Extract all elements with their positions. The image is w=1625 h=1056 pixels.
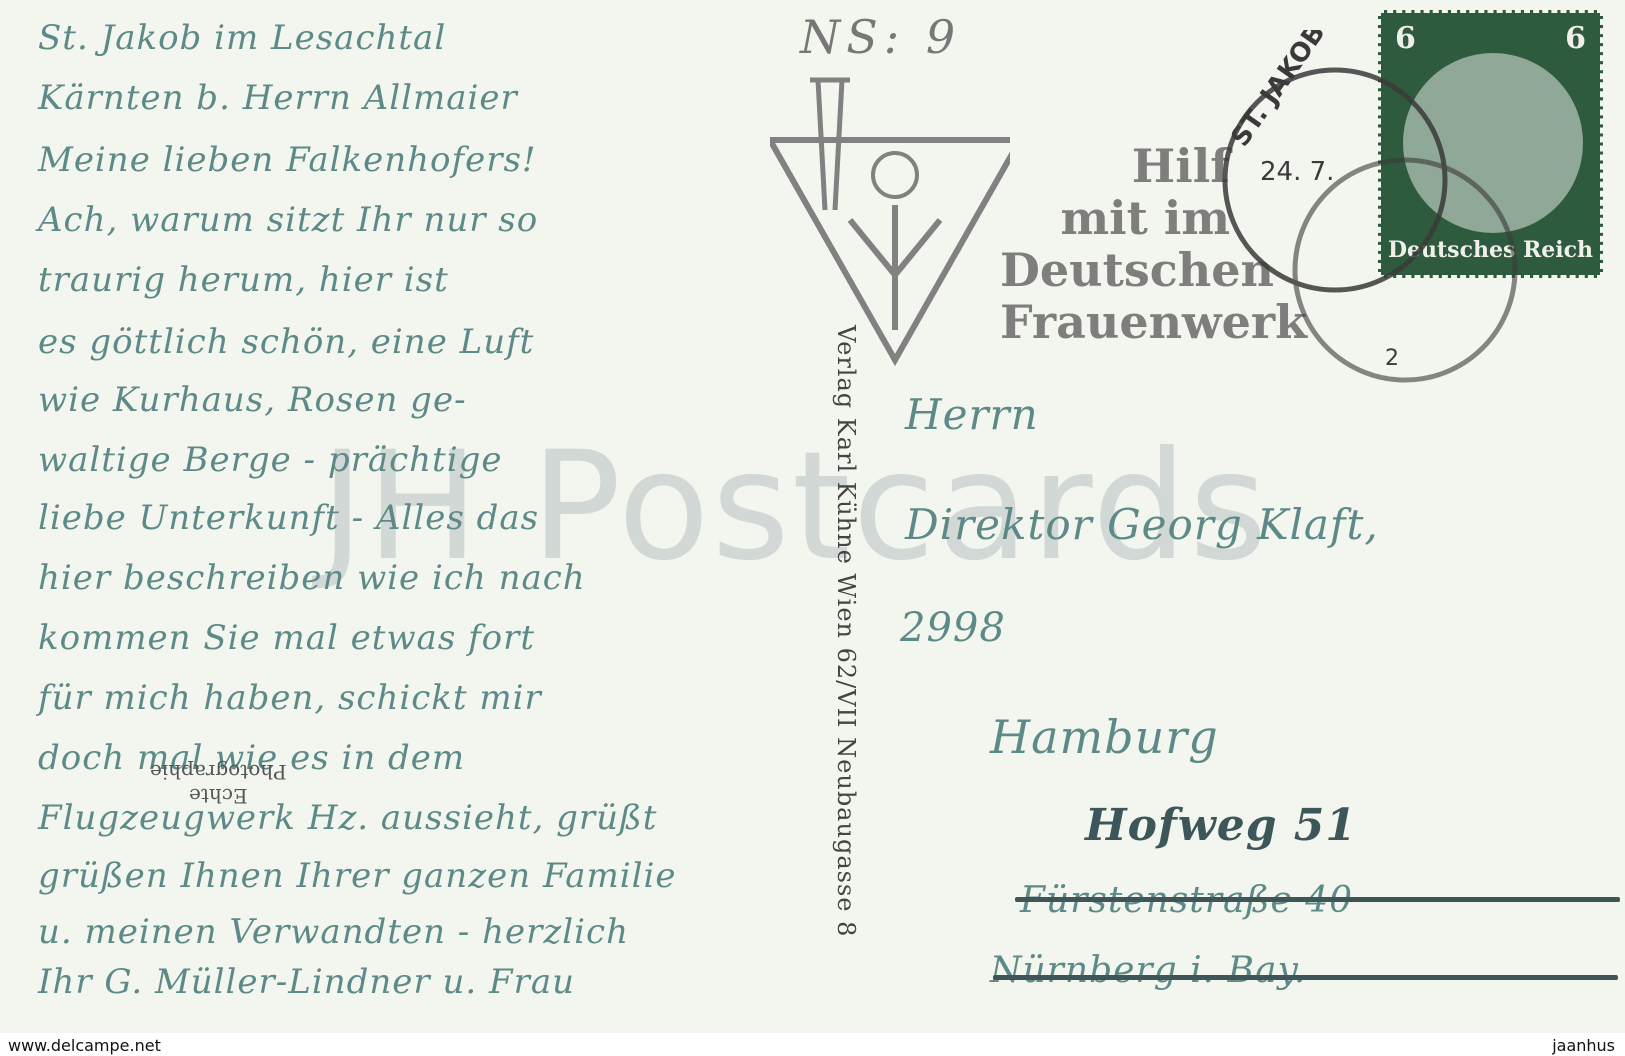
message-line: Ihr G. Müller-Lindner u. Frau	[38, 962, 575, 1002]
footer-source: www.delcampe.net	[8, 1036, 161, 1055]
address-city-old: Nürnberg i. Bay.	[990, 950, 1306, 991]
message-line: kommen Sie mal etwas fort	[38, 618, 535, 658]
address-street-new: Hofweg 51	[1085, 800, 1357, 851]
message-line: es göttlich schön, eine Luft	[38, 322, 534, 362]
message-line: Flugzeugwerk Hz. aussieht, grüßt	[38, 798, 657, 838]
message-line: St. Jakob im Lesachtal	[38, 18, 446, 58]
message-line: hier beschreiben wie ich nach	[38, 558, 586, 598]
message-line: liebe Unterkunft - Alles das	[38, 498, 539, 538]
strikethrough-line	[993, 975, 1618, 980]
postcard-back: JH Postcards St. Jakob im Lesachtal Kärn…	[0, 0, 1625, 1033]
message-line: u. meinen Verwandten - herzlich	[38, 912, 629, 952]
message-line: Kärnten b. Herrn Allmaier	[38, 78, 518, 118]
address-city: Hamburg	[990, 710, 1219, 764]
svg-text:ST. JAKOB: ST. JAKOB	[1225, 30, 1331, 152]
photo-label: Echte Photographie	[150, 760, 287, 808]
message-line: für mich haben, schickt mir	[38, 678, 542, 718]
photo-label-line: Photographie	[150, 760, 287, 784]
stamp-value: 6	[1565, 21, 1586, 56]
message-line: traurig herum, hier ist	[38, 260, 449, 300]
photo-label-line: Echte	[150, 784, 287, 808]
strikethrough-line	[1015, 897, 1620, 902]
pencil-note: NS: 9	[800, 10, 961, 64]
address-salutation: Herrn	[905, 390, 1039, 439]
message-line: Ach, warum sitzt Ihr nur so	[38, 200, 538, 240]
svg-text:2: 2	[1385, 346, 1399, 371]
postmark-icon: ST. JAKOB 24. 7. 2	[1190, 30, 1550, 410]
publisher-imprint: Verlag Karl Kühne Wien 62/VII Neubaugass…	[832, 325, 860, 937]
message-line: wie Kurhaus, Rosen ge-	[38, 380, 467, 420]
message-line: grüßen Ihnen Ihrer ganzen Familie	[38, 856, 676, 896]
svg-text:24. 7.: 24. 7.	[1260, 157, 1334, 187]
message-line: waltige Berge - prächtige	[38, 440, 502, 480]
frauenwerk-emblem-icon	[770, 60, 1010, 370]
message-line: Meine lieben Falkenhofers!	[38, 140, 537, 180]
address-number: 2998	[900, 605, 1006, 651]
address-name: Direktor Georg Klaft,	[905, 500, 1379, 549]
footer-seller: jaanhus	[1552, 1036, 1615, 1055]
